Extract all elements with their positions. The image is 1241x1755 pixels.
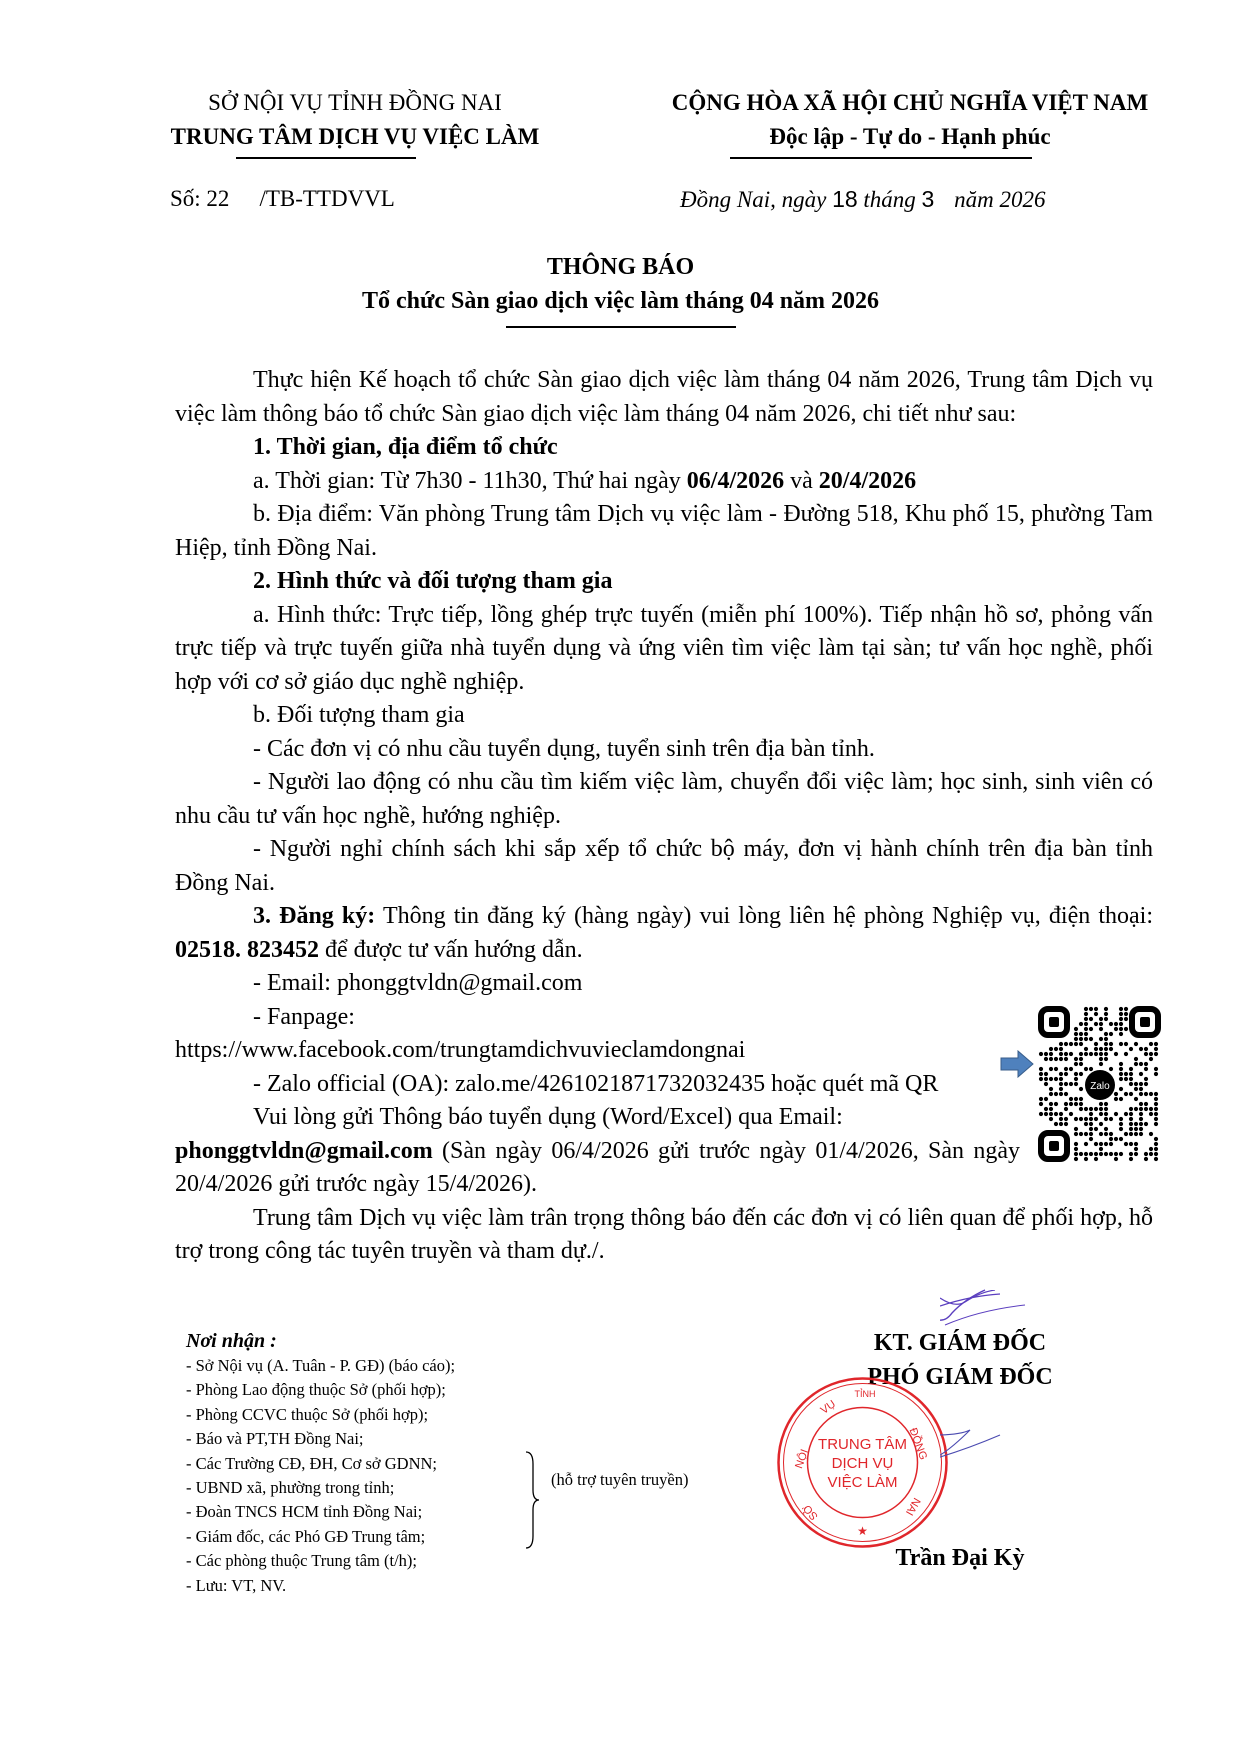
- fanpage-link[interactable]: https://www.facebook.com/trungtamdichvuv…: [175, 1034, 1020, 1068]
- phone-number: 02518. 823452: [175, 937, 319, 963]
- zalo-label: Zalo: [1090, 1081, 1110, 1092]
- zalo-line: - Zalo official (OA): zalo.me/4261021871…: [175, 1068, 1020, 1102]
- closing-paragraph: Trung tâm Dịch vụ việc làm trân trọng th…: [175, 1202, 1153, 1269]
- document-number: Số: 22/TB-TTDVVL: [170, 186, 395, 212]
- section-3-heading: 3. Đăng ký:: [253, 903, 375, 929]
- zalo-qr-code[interactable]: Zalo: [1037, 1005, 1162, 1165]
- recipient-item: - Giám đốc, các Phó GĐ Trung tâm;: [186, 1525, 455, 1549]
- date-prefix: Đồng Nai, ngày: [680, 187, 826, 212]
- send-instruction: Vui lòng gửi Thông báo tuyển dụng (Word/…: [175, 1101, 1020, 1135]
- event-date-2: 20/4/2026: [819, 468, 916, 494]
- country-name: CỘNG HÒA XÃ HỘI CHỦ NGHĨA VIỆT NAM: [620, 86, 1200, 120]
- svg-text:★: ★: [857, 1524, 868, 1538]
- recipients-group-note: (hỗ trợ tuyên truyền): [551, 1470, 688, 1490]
- initial-mark: [940, 1290, 1070, 1310]
- recipient-item: - Sở Nội vụ (A. Tuân - P. GĐ) (báo cáo);: [186, 1354, 455, 1378]
- participant-item: - Người lao động có nhu cầu tìm kiếm việ…: [175, 766, 1153, 833]
- right-brace-icon: [524, 1450, 540, 1550]
- recipients-list: Nơi nhận : - Sở Nội vụ (A. Tuân - P. GĐ)…: [186, 1330, 455, 1598]
- arrow-right-icon: [1000, 1050, 1034, 1078]
- number-suffix: /TB-TTDVVL: [259, 186, 394, 211]
- svg-text:TỈNH: TỈNH: [855, 1388, 876, 1399]
- date-month-label: tháng: [863, 187, 915, 212]
- date-year: năm 2026: [954, 187, 1045, 212]
- national-motto: CỘNG HÒA XÃ HỘI CHỦ NGHĨA VIỆT NAM Độc l…: [620, 86, 1200, 154]
- official-stamp: TRUNG TÂM DỊCH VỤ VIỆC LÀM NỘI VỤ TỈNH Đ…: [775, 1375, 950, 1550]
- document-body: Thực hiện Kế hoạch tổ chức Sàn giao dịch…: [175, 364, 1153, 1269]
- parent-agency: SỞ NỘI VỤ TỈNH ĐỒNG NAI: [140, 86, 570, 120]
- document-title: THÔNG BÁO: [0, 254, 1241, 281]
- and-text: và: [790, 468, 813, 494]
- signer-name: Trần Đại Kỳ: [845, 1545, 1075, 1572]
- recipients-title: Nơi nhận :: [186, 1330, 455, 1352]
- subtitle-underline: [506, 326, 736, 328]
- agency-name: TRUNG TÂM DỊCH VỤ VIỆC LÀM: [140, 120, 570, 154]
- section-1-time: a. Thời gian: Từ 7h30 - 11h30, Thứ hai n…: [175, 465, 1153, 499]
- date-day: 18: [832, 186, 858, 212]
- event-date-1: 06/4/2026: [687, 468, 784, 494]
- number-prefix: Số: 22: [170, 186, 229, 211]
- agency-underline: [236, 157, 416, 159]
- svg-text:SỞ: SỞ: [800, 1501, 821, 1523]
- recipient-item: - Báo và PT,TH Đồng Nai;: [186, 1427, 455, 1451]
- issuing-agency: SỞ NỘI VỤ TỈNH ĐỒNG NAI TRUNG TÂM DỊCH V…: [140, 86, 570, 154]
- svg-text:ĐỒNG: ĐỒNG: [907, 1426, 931, 1461]
- participant-item: - Các đơn vị có nhu cầu tuyển dụng, tuyể…: [175, 733, 1153, 767]
- svg-text:NAI: NAI: [903, 1496, 923, 1518]
- recipient-item: - Đoàn TNCS HCM tỉnh Đồng Nai;: [186, 1500, 455, 1524]
- stamp-line-3: VIỆC LÀM: [827, 1474, 897, 1491]
- time-text: a. Thời gian: Từ 7h30 - 11h30, Thứ hai n…: [253, 468, 681, 494]
- section-2-format: a. Hình thức: Trực tiếp, lồng ghép trực …: [175, 599, 1153, 700]
- document-subtitle: Tổ chức Sàn giao dịch việc làm tháng 04 …: [0, 288, 1241, 315]
- email-line: - Email: phonggtvldn@gmail.com: [175, 967, 1020, 1001]
- section-2-participants: b. Đối tượng tham gia: [175, 699, 1153, 733]
- document-date: Đồng Nai, ngày 18 tháng 3 năm 2026: [680, 186, 1045, 213]
- handwritten-signature: [940, 1285, 1080, 1485]
- stamp-line-2: DỊCH VỤ: [832, 1455, 894, 1472]
- recipient-item: - Phòng Lao động thuộc Sở (phối hợp);: [186, 1378, 455, 1402]
- motto: Độc lập - Tự do - Hạnh phúc: [620, 120, 1200, 154]
- stamp-line-1: TRUNG TÂM: [818, 1436, 907, 1453]
- section-3-registration: 3. Đăng ký: Thông tin đăng ký (hàng ngày…: [175, 900, 1153, 967]
- recipient-item: - UBND xã, phường trong tỉnh;: [186, 1476, 455, 1500]
- send-email[interactable]: phonggtvldn@gmail.com: [175, 1138, 433, 1164]
- recipient-item: - Phòng CCVC thuộc Sở (phối hợp);: [186, 1403, 455, 1427]
- intro-paragraph: Thực hiện Kế hoạch tổ chức Sàn giao dịch…: [175, 364, 1153, 431]
- registration-text-2: để được tư vấn hướng dẫn.: [325, 937, 583, 963]
- registration-text: Thông tin đăng ký (hàng ngày) vui lòng l…: [383, 903, 1153, 929]
- participant-item: - Người nghỉ chính sách khi sắp xếp tổ c…: [175, 833, 1153, 900]
- section-1-location: b. Địa điểm: Văn phòng Trung tâm Dịch vụ…: [175, 498, 1153, 565]
- recipient-item: - Các Trường CĐ, ĐH, Cơ sở GDNN;: [186, 1452, 455, 1476]
- send-note-paragraph: phonggtvldn@gmail.com (Sàn ngày 06/4/202…: [175, 1135, 1020, 1202]
- date-month: 3: [922, 186, 935, 212]
- recipient-item: - Các phòng thuộc Trung tâm (t/h);: [186, 1549, 455, 1573]
- section-2-heading: 2. Hình thức và đối tượng tham gia: [175, 565, 1153, 599]
- recipient-item: - Lưu: VT, NV.: [186, 1574, 455, 1598]
- motto-underline: [730, 157, 1032, 159]
- section-1-heading: 1. Thời gian, địa điểm tổ chức: [175, 431, 1153, 465]
- fanpage-label: - Fanpage:: [175, 1001, 1020, 1035]
